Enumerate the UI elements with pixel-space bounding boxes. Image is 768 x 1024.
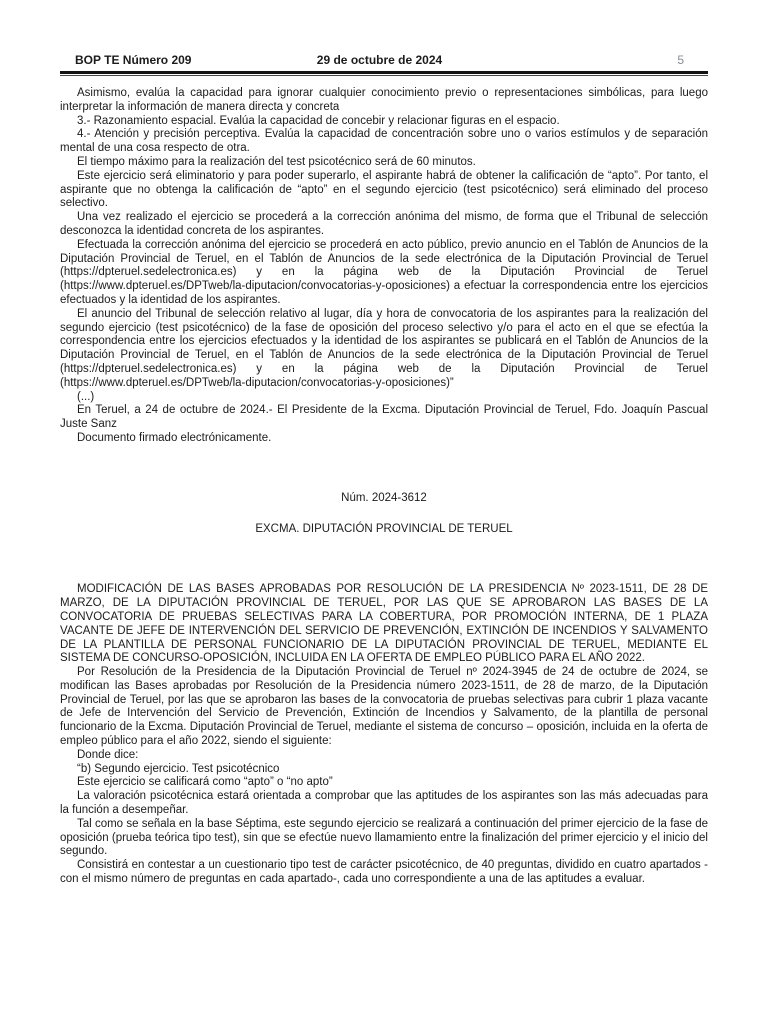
paragraph: Tal como se señala en la base Séptima, e… [60,818,708,859]
page-number: 5 [481,52,708,68]
paragraph: Asimismo, evalúa la capacidad para ignor… [60,87,708,115]
paragraph-signature: En Teruel, a 24 de octubre de 2024.- El … [60,404,708,432]
notice-number: Núm. 2024-3612 [60,492,708,506]
paragraph: Donde dice: [60,749,708,763]
bulletin-page: BOP TE Número 209 29 de octubre de 2024 … [0,0,768,1024]
paragraph: El anuncio del Tribunal de selección rel… [60,308,708,391]
paragraph-signed-electronically: Documento firmado electrónicamente. [60,432,708,446]
notice-organization: EXCMA. DIPUTACIÓN PROVINCIAL DE TERUEL [60,523,708,537]
paragraph: Este ejercicio será eliminatorio y para … [60,170,708,211]
header-publication-number: BOP TE Número 209 [60,52,278,68]
document-body: Asimismo, evalúa la capacidad para ignor… [60,87,708,887]
paragraph: 4.- Atención y precisión perceptiva. Eva… [60,128,708,156]
paragraph: Por Resolución de la Presidencia de la D… [60,666,708,749]
paragraph: “b) Segundo ejercicio. Test psicotécnico [60,763,708,777]
paragraph: 3.- Razonamiento espacial. Evalúa la cap… [60,115,708,129]
paragraph: Este ejercicio se calificará como “apto”… [60,776,708,790]
paragraph: La valoración psicotécnica estará orient… [60,790,708,818]
header-row: BOP TE Número 209 29 de octubre de 2024 … [60,52,708,68]
header-rule [60,71,708,76]
header-date: 29 de octubre de 2024 [278,52,481,68]
paragraph: Efectuada la corrección anónima del ejer… [60,239,708,308]
paragraph: Consistirá en contestar a un cuestionari… [60,859,708,887]
paragraph: Una vez realizado el ejercicio se proced… [60,211,708,239]
paragraph-title: MODIFICACIÓN DE LAS BASES APROBADAS POR … [60,583,708,666]
page-header: BOP TE Número 209 29 de octubre de 2024 … [60,52,708,76]
paragraph-ellipsis: (...) [60,391,708,405]
paragraph: El tiempo máximo para la realización del… [60,156,708,170]
